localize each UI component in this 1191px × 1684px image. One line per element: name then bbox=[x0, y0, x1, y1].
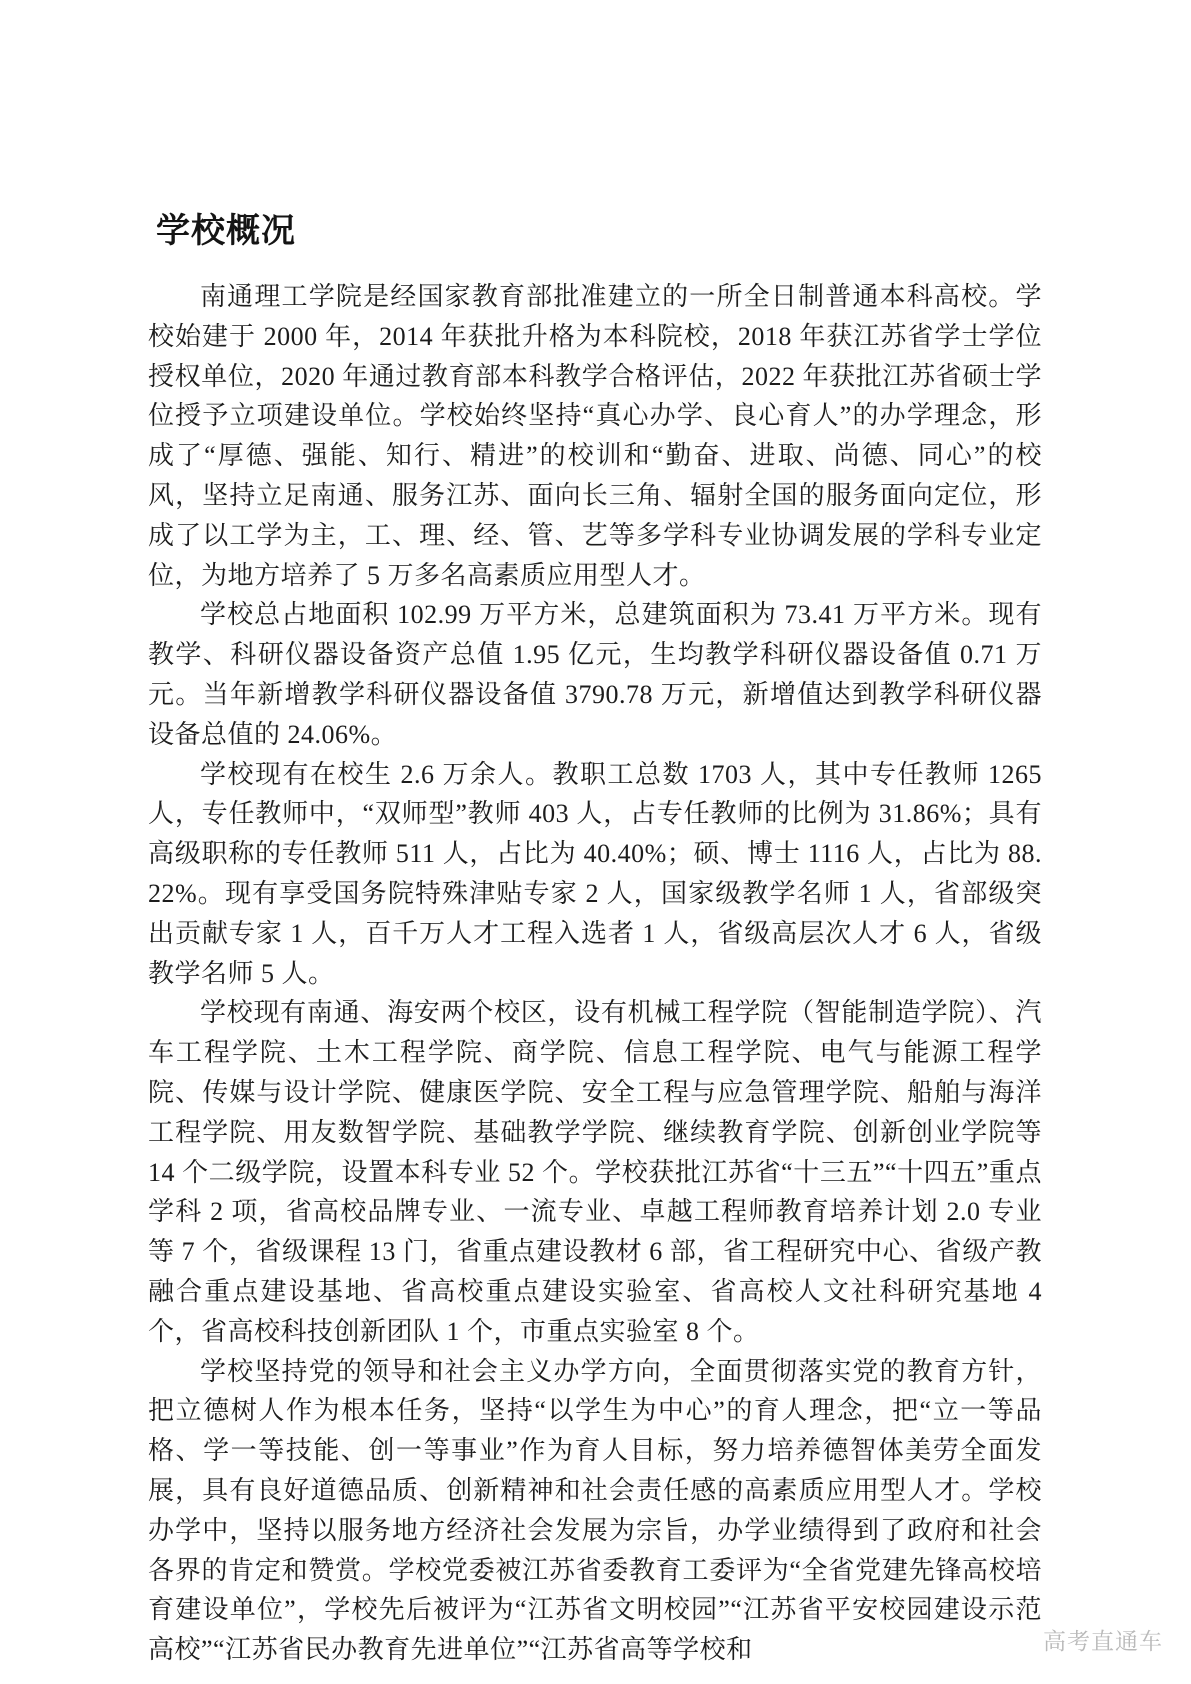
document-body: 南通理工学院是经国家教育部批准建立的一所全日制普通本科高校。学校始建于 2000… bbox=[148, 277, 1042, 1670]
paragraph-colleges-majors: 学校现有南通、海安两个校区，设有机械工程学院（智能制造学院）、汽车工程学院、土木… bbox=[148, 993, 1042, 1351]
page-title: 学校概况 bbox=[156, 210, 296, 252]
document-page: 学校概况 南通理工学院是经国家教育部批准建立的一所全日制普通本科高校。学校始建于… bbox=[0, 0, 1191, 1684]
paragraph-school-intro: 南通理工学院是经国家教育部批准建立的一所全日制普通本科高校。学校始建于 2000… bbox=[148, 277, 1042, 595]
paragraph-party-honors: 学校坚持党的领导和社会主义办学方向，全面贯彻落实党的教育方针，把立德树人作为根本… bbox=[148, 1352, 1042, 1670]
watermark-text: 高考直通车 bbox=[1043, 1623, 1163, 1656]
paragraph-campus-area: 学校总占地面积 102.99 万平方米，总建筑面积为 73.41 万平方米。现有… bbox=[148, 595, 1042, 754]
paragraph-faculty-stats: 学校现有在校生 2.6 万余人。教职工总数 1703 人，其中专任教师 1265… bbox=[148, 755, 1042, 994]
